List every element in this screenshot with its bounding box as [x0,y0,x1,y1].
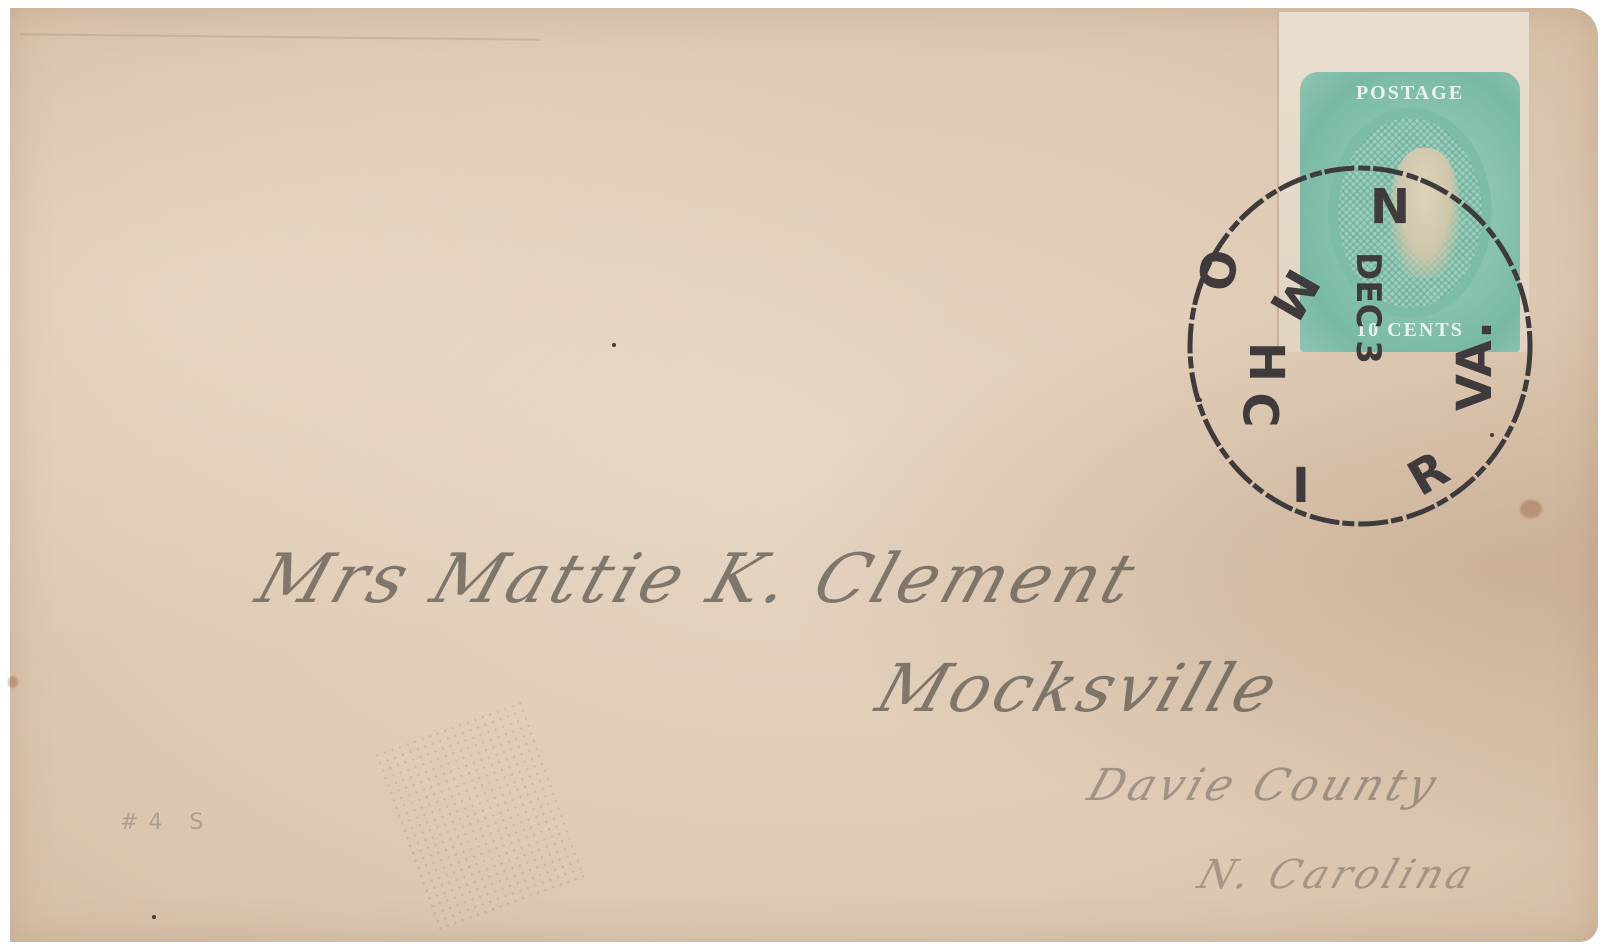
postmark-letter: N [1370,176,1410,232]
fold-crease [20,33,540,40]
postmark: R I C H M O N DEC 3 VA. [1180,158,1540,528]
speck [612,343,616,347]
address-line-county: Davie County [1082,760,1446,811]
stain [8,676,18,688]
postmark-letter: I [1292,458,1310,514]
address-line-name: Mrs Mattie K. Clement [247,540,1148,619]
address-line-state: N. Carolina [1193,852,1483,898]
pencil-notation: #4 S [120,810,213,835]
postmark-state: VA. [1447,321,1503,411]
postmark-letter: H [1238,342,1294,382]
postmark-date: DEC 3 [1348,252,1388,364]
stamp-top-label: POSTAGE [1300,82,1520,105]
speck [152,915,156,919]
address-line-town: Mocksville [867,650,1290,727]
postmark-letter: C [1232,392,1288,427]
